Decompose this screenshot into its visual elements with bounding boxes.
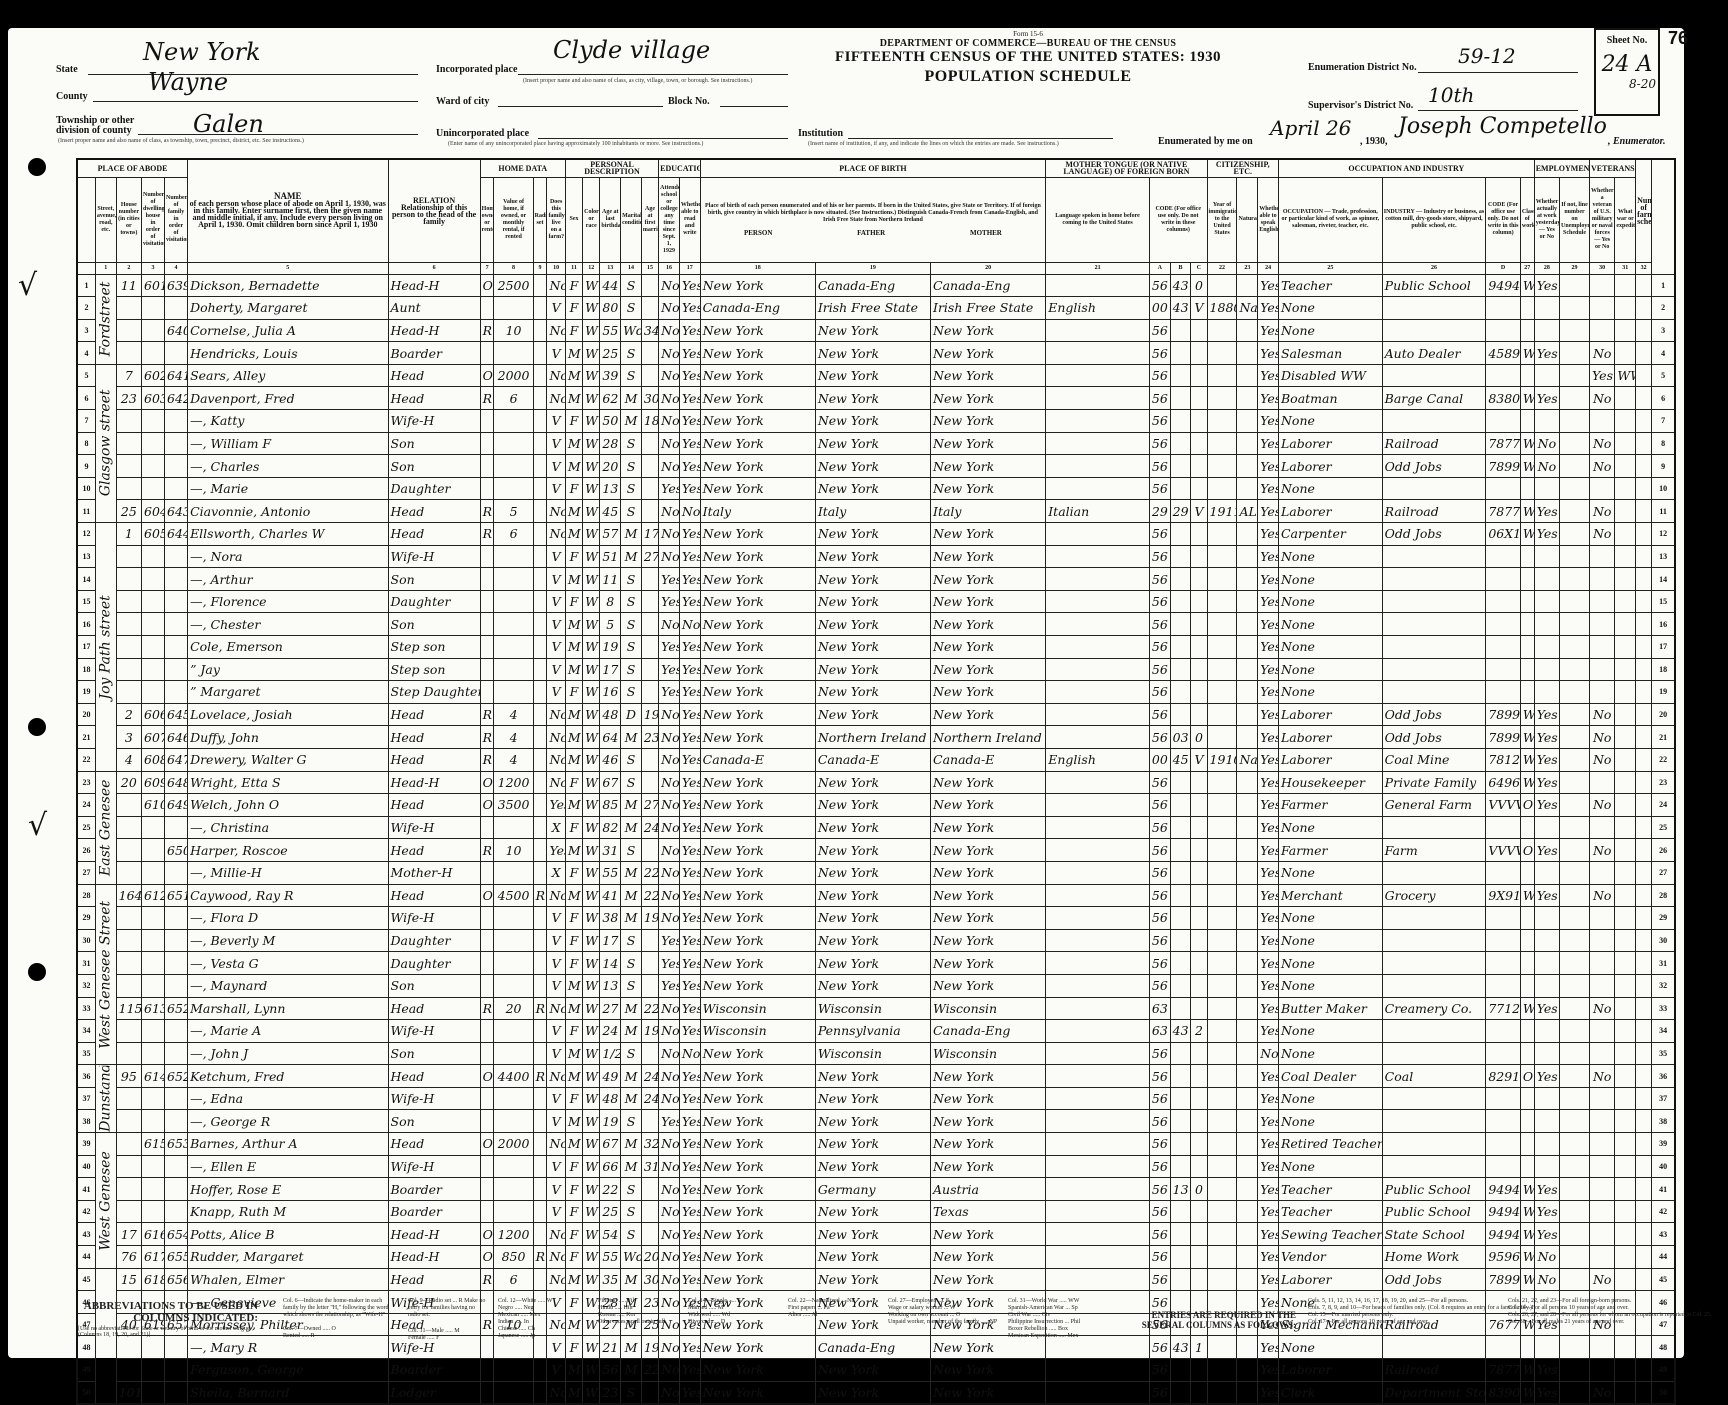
value-cell [494,907,533,930]
family-cell: 642 [165,387,188,410]
line-number-right: 3 [1652,319,1675,342]
age-married-cell [641,658,658,681]
immig-cell [1207,636,1237,659]
family-header: Number of family in order of visitation [165,177,188,262]
line-number: 5 [77,364,95,387]
punch-hole [28,158,46,176]
occ-code-cell [1486,1042,1521,1065]
unemp-cell [1560,636,1590,659]
language-cell [1046,1110,1150,1133]
marital-cell: S [621,342,642,365]
column-number: 7 [480,262,494,274]
industry-cell: Public School [1382,1178,1486,1201]
code-b-cell [1170,342,1191,365]
natur-cell [1237,432,1258,455]
bp-father-cell: Canada-Eng [815,274,930,297]
bp-person-cell: New York [700,816,815,839]
age-married-cell [641,342,658,365]
value-cell: 4 [494,726,533,749]
marital-cell: M [621,1020,642,1043]
value-cell: 1200 [494,771,533,794]
line-number-right: 8 [1652,432,1675,455]
owned-cell [480,974,494,997]
owned-cell [480,432,494,455]
table-row: 4317616654Potts, Alice BHead-HO1200NoFW5… [77,1223,1675,1246]
unemp-cell [1560,1087,1590,1110]
code-a-cell: 56 [1149,1359,1170,1382]
relation-cell: Head [388,726,480,749]
farm-cell: V [547,907,565,930]
age-married-cell [641,771,658,794]
marital-cell: S [621,500,642,523]
street-header: Street, avenue, road, etc. [95,177,116,262]
language-cell [1046,771,1150,794]
code-b-cell [1170,839,1191,862]
relation-cell: Boarder [388,1200,480,1223]
war-cell [1615,387,1636,410]
name-cell: Caywood, Ray R [188,884,388,907]
read-cell: Yes [679,681,700,704]
unemp-cell [1560,1359,1590,1382]
line-number: 32 [77,974,95,997]
sex-cell: M [565,613,582,636]
bp-father-cell: Germany [815,1178,930,1201]
natur-cell [1237,387,1258,410]
relation-cell: Head [388,523,480,546]
column-number: C [1191,262,1207,274]
vet-cell [1590,1246,1615,1269]
enumerated-year: , 1930, [1360,136,1388,147]
age-cell: 25 [600,1200,621,1223]
family-cell [165,1200,188,1223]
name-cell: Harper, Roscoe [188,839,388,862]
relation-desc: Relationship of this person to the head … [390,204,479,225]
sheet-label: Sheet No. [1596,35,1658,46]
code-b-cell [1170,658,1191,681]
dwelling-cell [142,545,165,568]
school-cell: No [659,1268,680,1291]
value-cell: 850 [494,1246,533,1269]
owned-cell [480,568,494,591]
owned-cell: O [480,274,494,297]
name-cell: Rudder, Margaret [188,1246,388,1269]
sex-cell: M [565,636,582,659]
code-a-cell: 56 [1149,523,1170,546]
age-married-cell: 22 [641,861,658,884]
immig-cell [1207,432,1237,455]
radio-cell [533,1110,547,1133]
value-cell [494,658,533,681]
at-work-cell [1534,636,1559,659]
farm-cell: V [547,410,565,433]
code-c-cell: V [1191,500,1207,523]
english-cell: Yes [1258,477,1279,500]
column-number: 29 [1560,262,1590,274]
name-cell: Barnes, Arthur A [188,1133,388,1156]
age-cell: 48 [600,1087,621,1110]
house-cell [116,636,141,659]
marital-cell: S [621,636,642,659]
line-number-right: 34 [1652,1020,1675,1043]
owned-cell [480,342,494,365]
age-married-cell [641,455,658,478]
name-cell: Cornelse, Julia A [188,319,388,342]
radio-cell [533,1223,547,1246]
unincorporated-note: (Enter name of any unincorporated place … [448,141,788,147]
english-cell: Yes [1258,839,1279,862]
occupation-cell: None [1278,1087,1382,1110]
value-cell: 2500 [494,274,533,297]
english-cell: Yes [1258,726,1279,749]
code-b-cell [1170,1223,1191,1246]
marital-cell: M [621,997,642,1020]
class-cell [1520,952,1534,975]
read-cell: Yes [679,1200,700,1223]
farm-cell: V [547,455,565,478]
column-number: 8 [494,262,533,274]
radio-cell [533,1155,547,1178]
code-a-cell: 56 [1149,703,1170,726]
group-veterans: VETERANS [1590,159,1636,177]
unemp-cell [1560,907,1590,930]
age-married-cell [641,1200,658,1223]
bp-person-cell: New York [700,1246,815,1269]
age-married-cell [641,1042,658,1065]
house-cell [116,816,141,839]
war-cell [1615,319,1636,342]
bp-mother-cell: New York [931,364,1046,387]
vet-cell [1590,568,1615,591]
age-cell: 55 [600,319,621,342]
column-number: D [1486,262,1521,274]
immig-cell [1207,364,1237,387]
bp-father-cell: Northern Ireland [815,726,930,749]
enumerator-label: , Enumerator. [1608,136,1666,147]
language-cell [1046,658,1150,681]
read-cell: Yes [679,523,700,546]
vet-cell [1590,636,1615,659]
age-header: Age at last birthday [600,177,621,262]
bp-father-cell: New York [815,342,930,365]
bp-person-cell: New York [700,861,815,884]
farm-sched-cell [1636,297,1652,320]
code-c-cell: V [1191,748,1207,771]
age-cell: 50 [600,410,621,433]
group-birth: PLACE OF BIRTH [700,159,1046,177]
immigration-header: Year of immigration to the United States [1207,177,1237,262]
occupation-cell: None [1278,1110,1382,1133]
school-cell: No [659,364,680,387]
school-cell: Yes [659,952,680,975]
english-cell: Yes [1258,1133,1279,1156]
code-c-cell [1191,952,1207,975]
age-cell: 25 [600,342,621,365]
immig-cell [1207,568,1237,591]
code-c-cell [1191,929,1207,952]
marital-cell: M [621,545,642,568]
institution-note: (Insert name of institution, if any, and… [808,141,1118,147]
table-row: 623603642Davenport, FredHeadR6NoMW62M30N… [77,387,1675,410]
line-number-right: 9 [1652,455,1675,478]
bp-mother-cell: New York [931,658,1046,681]
age-cell: 41 [600,884,621,907]
natur-cell [1237,636,1258,659]
line-number: 21 [77,726,95,749]
at-work-cell: Yes [1534,748,1559,771]
natur-cell [1237,1246,1258,1269]
code-b-cell [1170,545,1191,568]
age-cell: 66 [600,1155,621,1178]
school-cell: No [659,748,680,771]
war-cell [1615,748,1636,771]
race-cell: W [583,1155,600,1178]
english-cell: Yes [1258,1065,1279,1088]
unemp-cell [1560,342,1590,365]
age-married-cell: 18 [641,410,658,433]
owned-cell: R [480,500,494,523]
occ-code-cell [1486,568,1521,591]
code-c-cell [1191,568,1207,591]
bp-person-cell: New York [700,1110,815,1133]
read-cell: Yes [679,1087,700,1110]
vet-cell [1590,477,1615,500]
unemp-cell [1560,1268,1590,1291]
person-heading: PERSON [744,230,772,237]
code-a-cell: 56 [1149,952,1170,975]
class-cell [1520,929,1534,952]
bp-father-cell: New York [815,568,930,591]
sheet-sub: 8-20 [1596,77,1656,91]
name-cell: Wright, Etta S [188,771,388,794]
line-number-right: 20 [1652,703,1675,726]
english-cell: Yes [1258,1223,1279,1246]
race-cell: W [583,997,600,1020]
owned-cell [480,297,494,320]
bp-person-cell: New York [700,952,815,975]
line-number: 23 [77,771,95,794]
occ-code-cell: 06X1 [1486,523,1521,546]
farm-sched-cell [1636,342,1652,365]
english-cell: Yes [1258,636,1279,659]
column-number: 18 [700,262,815,274]
family-cell [165,681,188,704]
race-cell: W [583,274,600,297]
immig-cell [1207,952,1237,975]
sex-cell: F [565,771,582,794]
enum-district-value: 59-12 [1458,44,1516,68]
line-number: 1 [77,274,95,297]
english-cell: Yes [1258,884,1279,907]
code-c-cell [1191,613,1207,636]
read-cell: Yes [679,432,700,455]
class-header: Class of worker [1520,177,1534,262]
bp-mother-cell: New York [931,839,1046,862]
name-cell: Cole, Emerson [188,636,388,659]
line-number: 16 [77,613,95,636]
vet-cell [1590,1223,1615,1246]
bp-mother-cell: New York [931,703,1046,726]
name-cell: —, Charles [188,455,388,478]
bp-mother-cell: New York [931,432,1046,455]
bp-father-cell: Pennsylvania [815,1020,930,1043]
code-c-cell [1191,387,1207,410]
war-cell [1615,523,1636,546]
natur-cell [1237,839,1258,862]
value-cell [494,1087,533,1110]
age-cell: 67 [600,1133,621,1156]
natur-cell [1237,1268,1258,1291]
name-cell: ” Jay [188,658,388,681]
immig-cell [1207,613,1237,636]
farm-cell: No [547,364,565,387]
marital-cell: M [621,726,642,749]
vet-cell: No [1590,794,1615,817]
bp-father-cell: New York [815,907,930,930]
age-cell: 24 [600,1020,621,1043]
radio-cell [533,477,547,500]
industry-cell [1382,613,1486,636]
table-row: 28West Genesee Street164612651Caywood, R… [77,884,1675,907]
relation-cell: Wife-H [388,410,480,433]
at-work-cell: Yes [1534,387,1559,410]
relation-cell: Head [388,500,480,523]
at-work-cell: Yes [1534,771,1559,794]
class-cell [1520,410,1534,433]
relation-cell: Son [388,1110,480,1133]
bp-person-cell: New York [700,974,815,997]
immig-cell [1207,523,1237,546]
farm-sched-cell [1636,1110,1652,1133]
age-cell: 85 [600,794,621,817]
language-cell [1046,1155,1150,1178]
sex-cell: F [565,816,582,839]
bp-mother-cell: Canada-Eng [931,1020,1046,1043]
value-cell: 6 [494,1268,533,1291]
race-cell: W [583,1223,600,1246]
code-b-cell [1170,477,1191,500]
language-cell [1046,681,1150,704]
natur-cell [1237,997,1258,1020]
vet-cell [1590,816,1615,839]
code-a-cell: 56 [1149,568,1170,591]
value-cell: 3500 [494,794,533,817]
bp-person-cell: New York [700,1200,815,1223]
house-cell [116,319,141,342]
township-note: (Insert proper name and also name of cla… [58,138,418,144]
family-cell [165,432,188,455]
marital-cell: S [621,1110,642,1133]
bp-person-cell: New York [700,523,815,546]
occ-code-cell: 8291 [1486,1065,1521,1088]
age-married-cell [641,839,658,862]
code-a-cell: 56 [1149,884,1170,907]
natur-cell [1237,319,1258,342]
column-number: 5 [188,262,388,274]
house-cell [116,794,141,817]
industry-cell [1382,1020,1486,1043]
school-cell: No [659,387,680,410]
name-cell: —, Ellen E [188,1155,388,1178]
family-cell [165,477,188,500]
industry-cell [1382,1110,1486,1133]
immig-cell [1207,387,1237,410]
name-cell: —, Maynard [188,974,388,997]
occ-code-cell [1486,613,1521,636]
occupation-cell: Laborer [1278,748,1382,771]
code-b-cell [1170,907,1191,930]
radio-cell [533,1268,547,1291]
immig-cell [1207,681,1237,704]
bp-father-cell: New York [815,771,930,794]
read-cell: Yes [679,568,700,591]
line-number: 25 [77,816,95,839]
age-cell: 64 [600,726,621,749]
bp-person-cell: New York [700,432,815,455]
at-work-cell [1534,1110,1559,1133]
unemp-cell [1560,590,1590,613]
code-c-cell [1191,974,1207,997]
dwelling-cell: 607 [142,726,165,749]
school-cell: No [659,794,680,817]
bp-father-cell: New York [815,455,930,478]
column-number: 15 [641,262,658,274]
age-married-cell [641,636,658,659]
bp-father-cell: New York [815,1110,930,1133]
code-c-cell: V [1191,297,1207,320]
unemp-cell [1560,1178,1590,1201]
occ-code-cell: VVVV [1486,794,1521,817]
class-cell: W [1520,726,1534,749]
industry-cell [1382,590,1486,613]
at-work-cell [1534,1087,1559,1110]
name-cell: Hoffer, Rose E [188,1178,388,1201]
occ-code-cell: 9596 [1486,1246,1521,1269]
dwelling-cell [142,816,165,839]
unemp-cell [1560,861,1590,884]
at-work-cell: No [1534,432,1559,455]
group-abode: PLACE OF ABODE [77,159,188,177]
age-married-cell: 30 [641,1268,658,1291]
group-home: HOME DATA [480,159,565,177]
column-number: 22 [1207,262,1237,274]
name-cell: —, Marie [188,477,388,500]
industry-cell [1382,410,1486,433]
line-number-right: 29 [1652,907,1675,930]
line-number: 33 [77,997,95,1020]
relation-cell: Step son [388,636,480,659]
age-married-cell: 24 [641,1065,658,1088]
read-cell: Yes [679,1065,700,1088]
language-cell [1046,364,1150,387]
age-married-cell: 22 [641,1359,658,1382]
code-c-cell [1191,636,1207,659]
marital-cell: M [621,387,642,410]
farm-cell: V [547,297,565,320]
race-cell: W [583,884,600,907]
war-cell [1615,1246,1636,1269]
class-cell: W [1520,432,1534,455]
sex-cell: M [565,794,582,817]
code-b-cell [1170,1359,1191,1382]
school-cell: No [659,545,680,568]
unemp-cell [1560,410,1590,433]
farm-cell: V [547,1020,565,1043]
bp-person-cell: New York [700,726,815,749]
industry-cell [1382,952,1486,975]
occupation-cell: Carpenter [1278,523,1382,546]
owned-cell: O [480,1133,494,1156]
occ-code-cell [1486,1133,1521,1156]
